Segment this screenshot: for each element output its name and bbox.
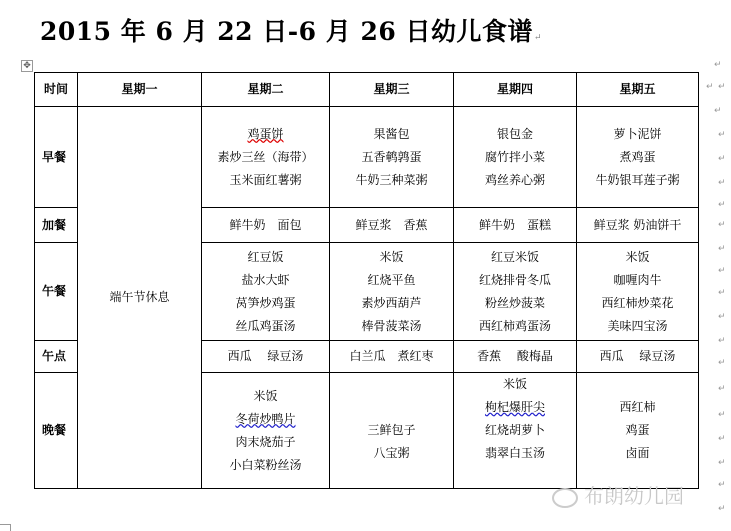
- cell-dinner-thu[interactable]: 米饭 枸杞爆肝尖 红烧胡萝卜 翡翠白玉汤: [454, 373, 577, 489]
- menu-item: 美味四宝汤: [577, 315, 698, 338]
- menu-item: 五香鹌鹑蛋: [330, 146, 453, 169]
- menu-item: 鲜豆浆 香蕉: [330, 214, 453, 237]
- paragraph-mark-icon: ↵: [718, 288, 726, 298]
- header-monday[interactable]: 星期一: [78, 73, 202, 107]
- menu-item: 鲜豆浆 奶油饼干: [577, 214, 698, 237]
- paragraph-mark-icon: ↵: [718, 244, 726, 254]
- cell-dinner-tue[interactable]: 米饭 冬荷炒鸭片 肉末烧茄子 小白菜粉丝汤: [202, 373, 330, 489]
- cell-pm-fri[interactable]: 西瓜 绿豆汤: [577, 341, 699, 373]
- row-label-snack[interactable]: 加餐: [35, 208, 78, 243]
- menu-item: 翡翠白玉汤: [454, 442, 576, 465]
- menu-item: 萝卜泥饼: [577, 123, 698, 146]
- paragraph-mark-icon: ↵: [718, 200, 726, 210]
- header-thursday[interactable]: 星期四: [454, 73, 577, 107]
- menu-item: 素炒西葫芦: [330, 292, 453, 315]
- menu-item: 冬荷炒鸭片: [202, 408, 329, 431]
- menu-item: 三鲜包子: [330, 419, 453, 442]
- monday-cell[interactable]: 端午节休息: [78, 107, 202, 489]
- header-tuesday[interactable]: 星期二: [202, 73, 330, 107]
- menu-item: 棒骨菠菜汤: [330, 315, 453, 338]
- cell-dinner-wed[interactable]: 三鲜包子 八宝粥: [330, 373, 454, 489]
- menu-item: 鸡蛋饼: [202, 123, 329, 146]
- paragraph-mark-icon: ↵: [718, 410, 726, 420]
- menu-item: 西红柿鸡蛋汤: [454, 315, 576, 338]
- menu-item: 八宝粥: [330, 442, 453, 465]
- menu-item: 银包金: [454, 123, 576, 146]
- cell-pm-thu[interactable]: 香蕉 酸梅晶: [454, 341, 577, 373]
- cell-breakfast-thu[interactable]: 银包金 腐竹拌小菜 鸡丝养心粥: [454, 107, 577, 208]
- menu-item: 西红柿: [577, 396, 698, 419]
- menu-item: 牛奶三种菜粥: [330, 169, 453, 192]
- monday-note: 端午节休息: [109, 290, 169, 304]
- paragraph-mark-icon: ↵: [718, 458, 726, 468]
- paragraph-mark-icon: ↵: [718, 178, 726, 188]
- paragraph-mark-icon: ↵: [718, 434, 726, 444]
- cell-dinner-fri[interactable]: 西红柿 鸡蛋 卤面: [577, 373, 699, 489]
- menu-item: 米饭: [454, 373, 576, 396]
- menu-item: 卤面: [577, 442, 698, 465]
- cell-lunch-thu[interactable]: 红豆米饭 红烧排骨冬瓜 粉丝炒菠菜 西红柿鸡蛋汤: [454, 243, 577, 341]
- menu-item: 鲜牛奶 蛋糕: [454, 214, 576, 237]
- menu-item: 果酱包: [330, 123, 453, 146]
- cell-lunch-wed[interactable]: 米饭 红烧平鱼 素炒西葫芦 棒骨菠菜汤: [330, 243, 454, 341]
- header-row: 时间 星期一 星期二 星期三 星期四 星期五: [35, 73, 699, 107]
- menu-item: 鲜牛奶 面包: [202, 214, 329, 237]
- menu-item: 西瓜 绿豆汤: [577, 345, 698, 368]
- cell-pm-wed[interactable]: 白兰瓜 煮红枣: [330, 341, 454, 373]
- header-wednesday[interactable]: 星期三: [330, 73, 454, 107]
- paragraph-mark-icon: ↵: [718, 154, 726, 164]
- menu-item: 米饭: [577, 246, 698, 269]
- row-label-dinner[interactable]: 晚餐: [35, 373, 78, 489]
- menu-item: 咖喱肉牛: [577, 269, 698, 292]
- cell-snack-tue[interactable]: 鲜牛奶 面包: [202, 208, 330, 243]
- cell-pm-tue[interactable]: 西瓜 绿豆汤: [202, 341, 330, 373]
- cell-snack-thu[interactable]: 鲜牛奶 蛋糕: [454, 208, 577, 243]
- paragraph-mark-icon: ↵: [718, 220, 726, 230]
- menu-item: 莴笋炒鸡蛋: [202, 292, 329, 315]
- paragraph-mark-icon: ↵: [718, 130, 726, 140]
- menu-item: 鸡丝养心粥: [454, 169, 576, 192]
- paragraph-mark-icon: ↵: [718, 266, 726, 276]
- menu-item: 鸡蛋: [577, 419, 698, 442]
- table-move-handle-icon[interactable]: ✥: [21, 60, 33, 72]
- menu-item: 肉末烧茄子: [202, 431, 329, 454]
- menu-item: 白兰瓜 煮红枣: [330, 345, 453, 368]
- menu-item: 米饭: [202, 385, 329, 408]
- table-row-breakfast: 早餐 端午节休息 鸡蛋饼 素炒三丝（海带） 玉米面红薯粥 果酱包 五香鹌鹑蛋 牛…: [35, 107, 699, 208]
- menu-item: 香蕉 酸梅晶: [454, 345, 576, 368]
- menu-item: 牛奶银耳莲子粥: [577, 169, 698, 192]
- paragraph-mark-icon: ↵: [718, 480, 726, 490]
- wechat-icon: [552, 488, 578, 508]
- paragraph-mark-icon: ↵: [706, 82, 714, 92]
- menu-item: 红豆饭: [202, 246, 329, 269]
- menu-item: 红烧平鱼: [330, 269, 453, 292]
- paragraph-mark-icon: ↵: [718, 312, 726, 322]
- menu-item: 西瓜 绿豆汤: [202, 345, 329, 368]
- row-label-breakfast[interactable]: 早餐: [35, 107, 78, 208]
- paragraph-mark-icon: ↵: [718, 336, 726, 346]
- menu-item-empty: [330, 396, 453, 419]
- paragraph-mark-icon: ↵: [718, 358, 726, 368]
- menu-item: 小白菜粉丝汤: [202, 454, 329, 477]
- menu-item: 米饭: [330, 246, 453, 269]
- row-label-afternoon-snack[interactable]: 午点: [35, 341, 78, 373]
- cell-snack-fri[interactable]: 鲜豆浆 奶油饼干: [577, 208, 699, 243]
- paragraph-mark-icon: ↵: [718, 82, 726, 92]
- cell-lunch-tue[interactable]: 红豆饭 盐水大虾 莴笋炒鸡蛋 丝瓜鸡蛋汤: [202, 243, 330, 341]
- cell-breakfast-tue[interactable]: 鸡蛋饼 素炒三丝（海带） 玉米面红薯粥: [202, 107, 330, 208]
- menu-item: 枸杞爆肝尖: [454, 396, 576, 419]
- menu-item: 红烧排骨冬瓜: [454, 269, 576, 292]
- paragraph-mark-icon: ↵: [718, 384, 726, 394]
- paragraph-mark-icon: ↵: [714, 106, 722, 116]
- cell-snack-wed[interactable]: 鲜豆浆 香蕉: [330, 208, 454, 243]
- menu-item: 红烧胡萝卜: [454, 419, 576, 442]
- cell-breakfast-wed[interactable]: 果酱包 五香鹌鹑蛋 牛奶三种菜粥: [330, 107, 454, 208]
- menu-item: 西红柿炒菜花: [577, 292, 698, 315]
- row-label-lunch[interactable]: 午餐: [35, 243, 78, 341]
- paragraph-mark-icon: ↵: [714, 60, 722, 70]
- page-title: 2015 年 6 月 22 日-6 月 26 日幼儿食谱↵: [40, 12, 542, 48]
- header-friday[interactable]: 星期五: [577, 73, 699, 107]
- menu-item: 素炒三丝（海带）: [202, 146, 329, 169]
- menu-item: 丝瓜鸡蛋汤: [202, 315, 329, 338]
- menu-item: 腐竹拌小菜: [454, 146, 576, 169]
- menu-item: 煮鸡蛋: [577, 146, 698, 169]
- cell-breakfast-fri[interactable]: 萝卜泥饼 煮鸡蛋 牛奶银耳莲子粥: [577, 107, 699, 208]
- menu-table: 时间 星期一 星期二 星期三 星期四 星期五 早餐 端午节休息 鸡蛋饼 素炒三丝…: [34, 72, 699, 489]
- menu-item: 红豆米饭: [454, 246, 576, 269]
- menu-item: 粉丝炒菠菜: [454, 292, 576, 315]
- page-corner-mark: [0, 524, 11, 531]
- watermark: 布朗幼儿园: [552, 480, 684, 509]
- menu-item: 玉米面红薯粥: [202, 169, 329, 192]
- header-time[interactable]: 时间: [35, 73, 78, 107]
- menu-item: 盐水大虾: [202, 269, 329, 292]
- cell-lunch-fri[interactable]: 米饭 咖喱肉牛 西红柿炒菜花 美味四宝汤: [577, 243, 699, 341]
- paragraph-mark-icon: ↵: [718, 504, 726, 514]
